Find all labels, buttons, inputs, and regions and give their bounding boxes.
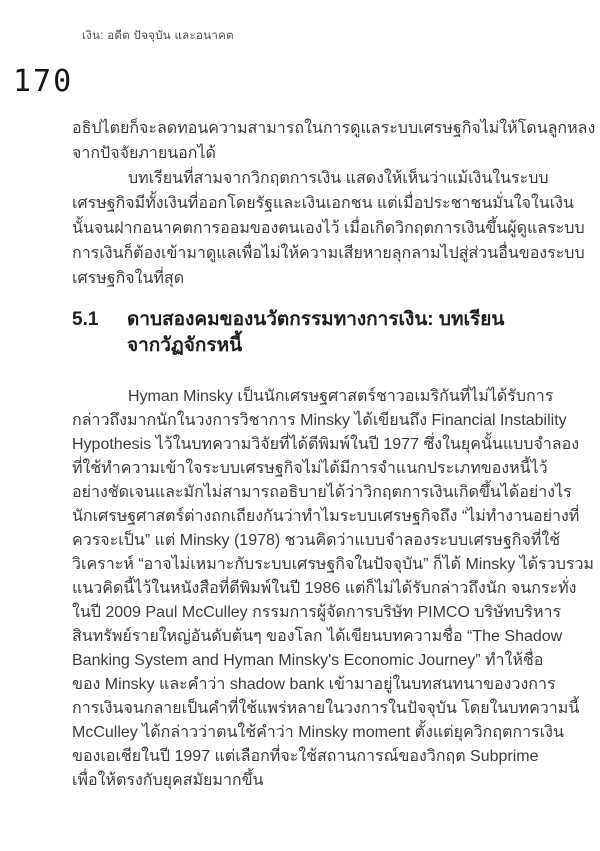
paragraph-third-lesson: บทเรียนที่สามจากวิกฤตการเงิน แสดงให้เห็น… [72,166,538,291]
body-text-line: การเงินก็ต้องเข้ามาดูแลเพื่อไม่ให้ความเส… [72,241,538,266]
body-text-line: ของเอเชียในปี 1997 แต่เลือกที่จะใช้สถานก… [72,745,538,769]
body-text-line: Hyman Minsky เป็นนักเศรษฐศาสตร์ชาวอเมริก… [72,385,538,409]
body-text-line: ที่ใช้ทำความเข้าใจระบบเศรษฐกิจไม่ได้มีกา… [72,457,538,481]
body-text-line: แนวคิดนี้ไว้ในหนังสือที่ตีพิมพ์ในปี 1986… [72,577,538,601]
body-text-line: Hypothesis ไว้ในบทความวิจัยที่ได้ตีพิมพ์… [72,433,538,457]
section-title: ดาบสองคมของนวัตกรรมทางการเงิน: บทเรียน จ… [127,307,504,359]
body-text-line: อย่างชัดเจนและมักไม่สามารถอธิบายได้ว่าวิ… [72,481,538,505]
body-text-line: สินทรัพย์รายใหญ่อันดับต้นๆ ของโลก ได้เขี… [72,625,538,649]
body-text-line: ในปี 2009 Paul McCulley กรรมการผู้จัดการ… [72,601,538,625]
body-text-line: Banking System and Hyman Minsky's Econom… [72,649,538,673]
body-text-line: การเงินจนกลายเป็นคำที่ใช้แพร่หลายในวงการ… [72,697,538,721]
body-text-line: กล่าวถึงมากนักในวงการวิชาการ Minsky ได้เ… [72,409,538,433]
section-title-line: ดาบสองคมของนวัตกรรมทางการเงิน: บทเรียน [127,307,504,333]
body-text-line: อธิปไตยก็จะลดทอนความสามารถในการดูแลระบบเ… [72,116,538,141]
body-column: อธิปไตยก็จะลดทอนความสามารถในการดูแลระบบเ… [72,116,538,793]
body-text-line: McCulley ได้กล่าวว่าตนใช้คำว่า Minsky mo… [72,721,538,745]
body-text-line: นักเศรษฐศาสตร์ต่างถกเถียงกันว่าทำไมระบบเ… [72,505,538,529]
page-number: 170 [13,64,73,99]
running-header: เงิน: อดีต ปัจจุบัน และอนาคต [82,27,234,45]
section-title-line: จากวัฏจักรหนี้ [127,333,504,359]
section-number: 5.1 [72,307,127,359]
paragraph-minsky: Hyman Minsky เป็นนักเศรษฐศาสตร์ชาวอเมริก… [72,385,538,793]
body-text-line: จากปัจจัยภายนอกได้ [72,141,538,166]
body-text-line: เพื่อให้ตรงกับยุคสมัยมากขึ้น [72,769,538,793]
body-text-line: วิเคราะห์ “อาจไม่เหมาะกับระบบเศรษฐกิจในป… [72,553,538,577]
body-text-line: เศรษฐกิจในที่สุด [72,266,538,291]
body-text-line: บทเรียนที่สามจากวิกฤตการเงิน แสดงให้เห็น… [72,166,538,191]
body-text-line: ของ Minsky และคำว่า shadow bank เข้ามาอย… [72,673,538,697]
section-heading: 5.1 ดาบสองคมของนวัตกรรมทางการเงิน: บทเรี… [72,307,538,359]
paragraph-continuation: อธิปไตยก็จะลดทอนความสามารถในการดูแลระบบเ… [72,116,538,166]
body-text-line: ควรจะเป็น” แต่ Minsky (1978) ชวนคิดว่าแบ… [72,529,538,553]
book-page: เงิน: อดีต ปัจจุบัน และอนาคต 170 อธิปไตย… [0,0,600,851]
body-text-line: นั้นจนฝากอนาคตการออมของตนเองไว้ เมื่อเกิ… [72,216,538,241]
body-text-line: เศรษฐกิจมีทั้งเงินที่ออกโดยรัฐและเงินเอก… [72,191,538,216]
